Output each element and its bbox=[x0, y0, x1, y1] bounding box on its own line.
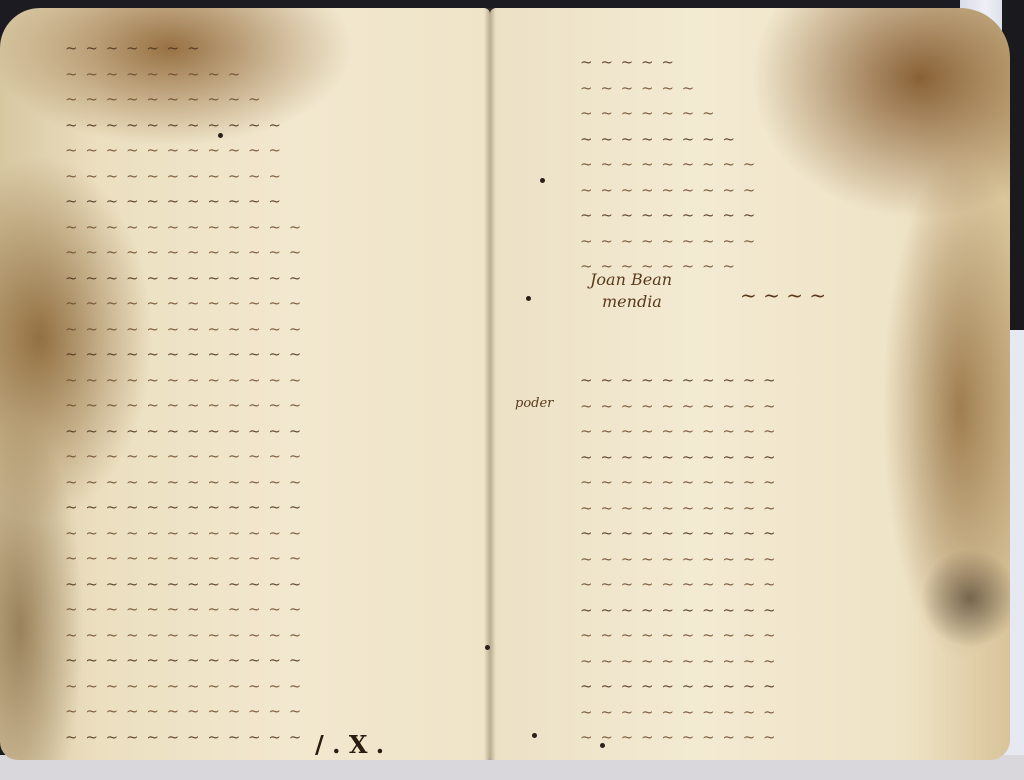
worm-hole bbox=[540, 178, 545, 183]
manuscript-line: ~ ~ ~ ~ ~ ~ ~ ~ ~ ~ ~ ~ bbox=[65, 495, 480, 521]
manuscript-line: ~ ~ ~ ~ ~ ~ ~ ~ ~ ~ bbox=[580, 649, 960, 675]
manuscript-line: ~ ~ ~ ~ ~ ~ ~ ~ ~ bbox=[580, 203, 960, 229]
right-page: ~ ~ ~ ~ ~~ ~ ~ ~ ~ ~~ ~ ~ ~ ~ ~ ~~ ~ ~ ~… bbox=[490, 8, 1010, 760]
manuscript-line: ~ ~ ~ ~ ~ ~ ~ ~ ~ ~ ~ ~ bbox=[65, 648, 480, 674]
manuscript-line: ~ ~ ~ ~ ~ ~ ~ ~ ~ ~ bbox=[580, 700, 960, 726]
manuscript-line: ~ ~ ~ ~ ~ ~ ~ ~ ~ ~ ~ ~ bbox=[65, 342, 480, 368]
folio-mark: / . X . bbox=[315, 730, 384, 759]
worm-hole bbox=[532, 733, 537, 738]
manuscript-line: ~ ~ ~ ~ ~ ~ ~ ~ ~ bbox=[580, 229, 960, 255]
left-page: ~ ~ ~ ~ ~ ~ ~~ ~ ~ ~ ~ ~ ~ ~ ~~ ~ ~ ~ ~ … bbox=[0, 8, 490, 760]
manuscript-line: ~ ~ ~ ~ ~ ~ ~ ~ ~ ~ ~ ~ bbox=[65, 215, 480, 241]
manuscript-line: ~ ~ ~ ~ ~ ~ ~ ~ ~ bbox=[65, 62, 480, 88]
manuscript-line: ~ ~ ~ ~ ~ ~ ~ ~ ~ ~ bbox=[580, 419, 960, 445]
manuscript-line: ~ ~ ~ ~ ~ ~ ~ ~ ~ ~ ~ ~ bbox=[65, 623, 480, 649]
manuscript-line: ~ ~ ~ ~ ~ ~ ~ ~ ~ ~ ~ ~ bbox=[65, 317, 480, 343]
manuscript-line: ~ ~ ~ ~ ~ ~ ~ ~ ~ ~ bbox=[580, 751, 960, 761]
worm-hole bbox=[526, 296, 531, 301]
manuscript-line: ~ ~ ~ ~ ~ ~ ~ ~ ~ ~ bbox=[580, 394, 960, 420]
manuscript-line: ~ ~ ~ ~ ~ ~ ~ ~ ~ ~ ~ ~ bbox=[65, 597, 480, 623]
manuscript-line: ~ ~ ~ ~ ~ ~ ~ ~ ~ ~ bbox=[580, 445, 960, 471]
manuscript-line: ~ ~ ~ ~ ~ ~ ~ ~ ~ ~ ~ ~ bbox=[65, 521, 480, 547]
manuscript-line: ~ ~ ~ ~ ~ ~ ~ ~ ~ ~ ~ ~ bbox=[65, 291, 480, 317]
manuscript-line: ~ ~ ~ ~ ~ ~ ~ ~ ~ ~ ~ ~ bbox=[65, 546, 480, 572]
margin-note: poder bbox=[515, 396, 553, 411]
manuscript-line: ~ ~ ~ ~ ~ ~ ~ ~ ~ ~ ~ ~ bbox=[65, 444, 480, 470]
open-manuscript: ~ ~ ~ ~ ~ ~ ~~ ~ ~ ~ ~ ~ ~ ~ ~~ ~ ~ ~ ~ … bbox=[0, 8, 1010, 768]
manuscript-line: ~ ~ ~ ~ ~ ~ ~ ~ ~ ~ bbox=[580, 674, 960, 700]
manuscript-line: ~ ~ ~ ~ ~ ~ ~ ~ ~ ~ ~ ~ bbox=[65, 572, 480, 598]
manuscript-line: ~ ~ ~ ~ ~ ~ ~ ~ bbox=[580, 127, 960, 153]
manuscript-line: ~ ~ ~ ~ ~ ~ ~ ~ ~ bbox=[580, 152, 960, 178]
manuscript-line: ~ ~ ~ ~ ~ ~ ~ ~ ~ bbox=[580, 178, 960, 204]
signature-flourish: ~ ~ ~ ~ bbox=[740, 283, 826, 307]
manuscript-line: ~ ~ ~ ~ ~ ~ ~ ~ ~ ~ bbox=[580, 521, 960, 547]
manuscript-line: ~ ~ ~ ~ ~ ~ ~ ~ ~ ~ ~ bbox=[65, 164, 480, 190]
manuscript-line: ~ ~ ~ ~ ~ ~ ~ ~ ~ ~ ~ ~ bbox=[65, 674, 480, 700]
manuscript-line: ~ ~ ~ ~ ~ ~ bbox=[580, 76, 960, 102]
manuscript-line: ~ ~ ~ ~ ~ ~ ~ ~ ~ ~ bbox=[580, 496, 960, 522]
manuscript-line: ~ ~ ~ ~ ~ ~ ~ ~ ~ ~ bbox=[65, 87, 480, 113]
manuscript-line: ~ ~ ~ ~ ~ ~ ~ ~ ~ ~ ~ ~ bbox=[65, 240, 480, 266]
left-page-text: ~ ~ ~ ~ ~ ~ ~~ ~ ~ ~ ~ ~ ~ ~ ~~ ~ ~ ~ ~ … bbox=[65, 36, 480, 750]
right-page-text-bottom: ~ ~ ~ ~ ~ ~ ~ ~ ~ ~~ ~ ~ ~ ~ ~ ~ ~ ~ ~~ … bbox=[580, 368, 960, 760]
manuscript-line: ~ ~ ~ ~ ~ ~ ~ ~ ~ ~ ~ ~ bbox=[65, 266, 480, 292]
manuscript-line: ~ ~ ~ ~ ~ ~ ~ ~ ~ ~ ~ ~ bbox=[65, 470, 480, 496]
manuscript-line: ~ ~ ~ ~ ~ ~ ~ bbox=[65, 36, 480, 62]
manuscript-line: ~ ~ ~ ~ ~ ~ ~ ~ ~ ~ bbox=[580, 572, 960, 598]
manuscript-line: ~ ~ ~ ~ ~ ~ ~ ~ ~ ~ bbox=[580, 623, 960, 649]
right-page-text-top: ~ ~ ~ ~ ~~ ~ ~ ~ ~ ~~ ~ ~ ~ ~ ~ ~~ ~ ~ ~… bbox=[580, 50, 960, 280]
manuscript-line: ~ ~ ~ ~ ~ ~ ~ ~ ~ ~ ~ bbox=[65, 189, 480, 215]
manuscript-line: ~ ~ ~ ~ ~ ~ ~ ~ ~ ~ ~ ~ bbox=[65, 699, 480, 725]
signature-name: Joan Bean bbox=[590, 270, 672, 289]
manuscript-line: ~ ~ ~ ~ ~ ~ ~ ~ ~ ~ bbox=[580, 470, 960, 496]
manuscript-line: ~ ~ ~ ~ ~ ~ ~ ~ ~ ~ ~ bbox=[65, 113, 480, 139]
manuscript-line: ~ ~ ~ ~ ~ ~ ~ ~ ~ ~ bbox=[580, 368, 960, 394]
manuscript-line: ~ ~ ~ ~ ~ ~ ~ ~ ~ ~ ~ ~ bbox=[65, 419, 480, 445]
worm-hole bbox=[218, 133, 223, 138]
worm-hole bbox=[600, 743, 605, 748]
manuscript-line: ~ ~ ~ ~ ~ ~ ~ ~ ~ ~ bbox=[580, 598, 960, 624]
manuscript-line: ~ ~ ~ ~ ~ bbox=[580, 50, 960, 76]
signature-surname: mendia bbox=[602, 292, 662, 311]
worm-hole bbox=[485, 645, 490, 650]
manuscript-line: ~ ~ ~ ~ ~ ~ ~ ~ ~ ~ ~ ~ bbox=[65, 725, 480, 751]
manuscript-line: ~ ~ ~ ~ ~ ~ ~ ~ ~ ~ ~ bbox=[65, 138, 480, 164]
manuscript-line: ~ ~ ~ ~ ~ ~ ~ ~ ~ ~ bbox=[580, 547, 960, 573]
manuscript-line: ~ ~ ~ ~ ~ ~ ~ bbox=[580, 101, 960, 127]
manuscript-line: ~ ~ ~ ~ ~ ~ ~ ~ ~ ~ ~ ~ bbox=[65, 368, 480, 394]
manuscript-line: ~ ~ ~ ~ ~ ~ ~ ~ ~ ~ ~ ~ bbox=[65, 393, 480, 419]
manuscript-line: ~ ~ ~ ~ ~ ~ ~ ~ ~ ~ bbox=[580, 725, 960, 751]
